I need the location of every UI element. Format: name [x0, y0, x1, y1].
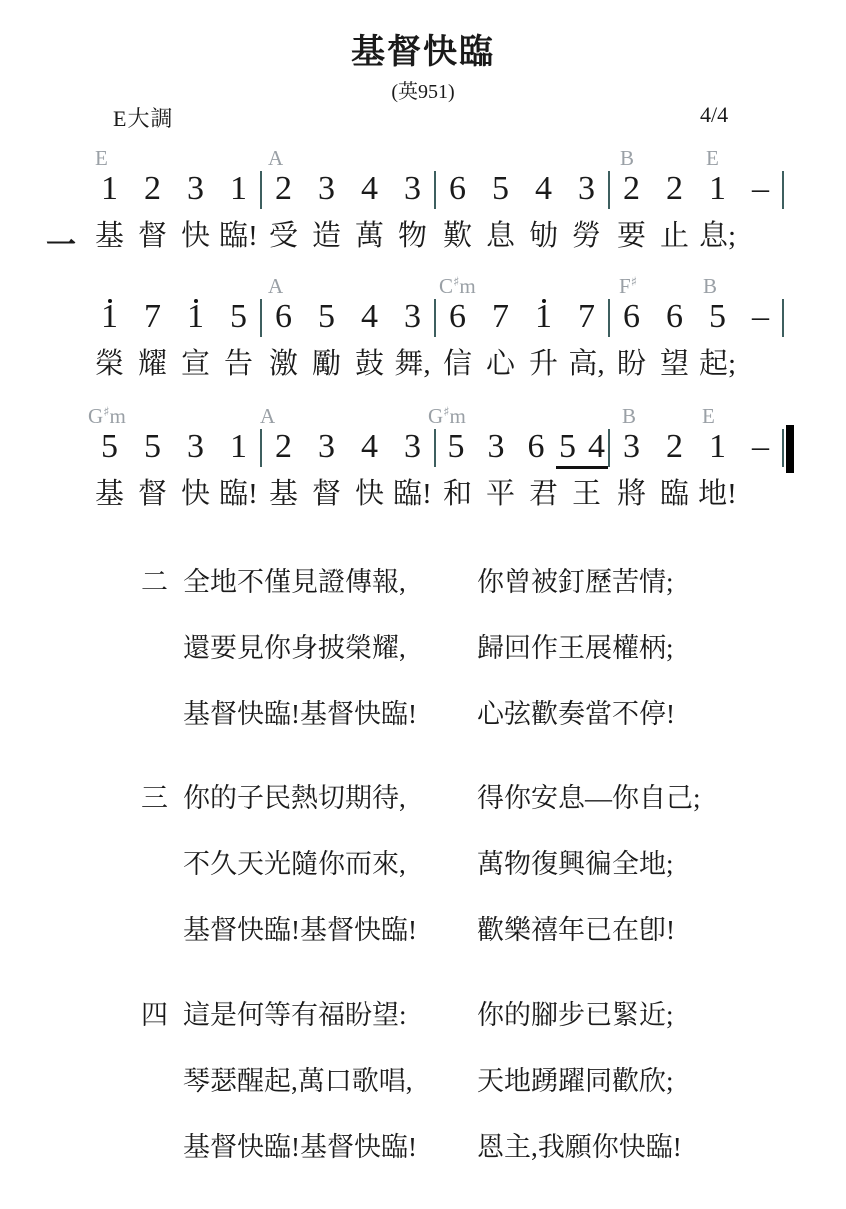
note: 3 — [305, 170, 348, 208]
verse-number: 三 — [141, 782, 168, 814]
note-digit: 1 — [709, 428, 726, 466]
note-digit: 2 — [666, 170, 683, 208]
note-digit: 2 — [623, 170, 640, 208]
lyric-syllable: 宣 — [174, 346, 217, 385]
note: 2 — [262, 428, 305, 466]
note: 2 — [653, 428, 696, 466]
lyric-syllable: 和 — [436, 476, 479, 515]
measure: 6717 — [436, 298, 608, 336]
note: 6 — [653, 298, 696, 336]
chord-row: AC♯mF♯B — [0, 274, 846, 298]
note-digit: 7 — [578, 298, 595, 336]
lyric-syllable: 耀 — [131, 346, 174, 385]
measure: 53654 — [436, 428, 608, 469]
note-digit: 3 — [404, 298, 421, 336]
chord-row: EABE — [0, 146, 846, 170]
lyric-syllable: 臨 — [653, 476, 696, 515]
lyric-syllable: 止 — [653, 218, 696, 257]
verse-text-right: 萬物復興徧全地; — [477, 848, 674, 880]
note: 1 — [696, 428, 739, 466]
sharp-icon: ♯ — [453, 275, 459, 290]
dash-rest: – — [752, 298, 769, 336]
note: 1 — [88, 170, 131, 208]
note: 7 — [131, 298, 174, 336]
note: 7 — [479, 298, 522, 336]
note: 6 — [436, 170, 479, 208]
lyric-syllable — [739, 218, 782, 257]
verse-number: 二 — [141, 566, 168, 598]
note: 6 — [262, 298, 305, 336]
lyric-syllable: 歎 — [436, 218, 479, 257]
note-digit: 6 — [528, 428, 545, 466]
verse-number: 一 — [46, 220, 76, 264]
lyric-syllable: 高, — [565, 346, 608, 385]
chord-label: E — [702, 404, 715, 429]
lyric-syllable: 臨! — [217, 476, 260, 515]
lyric-syllable: 起; — [696, 346, 739, 385]
note-digit: 5 — [230, 298, 247, 336]
note: 5 — [436, 428, 476, 469]
verse-text-left: 你的子民熱切期待, — [183, 782, 406, 814]
time-signature: 4/4 — [700, 102, 728, 128]
lyric-measure: 基督快臨! — [88, 476, 260, 515]
measure: 665– — [610, 298, 782, 336]
note: 1 — [217, 428, 260, 466]
chord-label: G♯m — [428, 404, 466, 429]
chord-label: E — [706, 146, 719, 171]
note: 4 — [522, 170, 565, 208]
barline-spacer — [782, 219, 784, 257]
lyric-syllable: 息 — [479, 218, 522, 257]
note-digit: 4 — [361, 298, 378, 336]
lyric-measure: 激勵鼓舞, — [262, 346, 434, 385]
lyric-row: 基督快臨!基督快臨!和平君王將臨地! — [88, 476, 784, 515]
lyric-syllable: 受 — [262, 218, 305, 257]
chord-label: A — [268, 274, 283, 299]
note-digit: 1 — [101, 298, 118, 336]
note-digit: 1 — [535, 298, 552, 336]
chord-label: E — [95, 146, 108, 171]
note-digit: 7 — [144, 298, 161, 336]
barline-spacer — [782, 347, 784, 385]
chord-label: C♯m — [439, 274, 476, 299]
lyric-measure: 基督快臨! — [88, 218, 260, 257]
note-digit: 5 — [101, 428, 118, 466]
note: 3 — [391, 170, 434, 208]
octave-dot-icon — [194, 299, 198, 303]
note: 5 — [131, 428, 174, 466]
note-digit: 1 — [709, 170, 726, 208]
note-digit: 1 — [101, 170, 118, 208]
note-digit: 3 — [404, 428, 421, 466]
note: 3 — [391, 298, 434, 336]
lyric-syllable: 告 — [217, 346, 260, 385]
lyric-syllable: 快 — [174, 218, 217, 257]
measure: 1715 — [88, 298, 260, 336]
lyric-syllable: 心 — [479, 346, 522, 385]
melody-row: 5531234353654321– — [88, 428, 784, 469]
dash-rest: – — [752, 428, 769, 466]
note-digit: 5 — [492, 170, 509, 208]
note: 5 — [696, 298, 739, 336]
note-digit: 3 — [187, 428, 204, 466]
chord-label: B — [622, 404, 636, 429]
lyric-syllable: 息; — [696, 218, 739, 257]
verse-text-right: 心弦歡奏當不停! — [477, 698, 675, 730]
lyric-syllable — [739, 476, 782, 515]
lyric-syllable: 盼 — [610, 346, 653, 385]
note: 7 — [565, 298, 608, 336]
note-digit: 4 — [588, 428, 605, 466]
note: 4 — [348, 428, 391, 466]
note-digit: 1 — [230, 170, 247, 208]
note: 3 — [565, 170, 608, 208]
lyric-syllable: 快 — [174, 476, 217, 515]
lyric-measure: 信心升高, — [436, 346, 608, 385]
barline — [782, 171, 784, 209]
note: 5 — [305, 298, 348, 336]
sharp-icon: ♯ — [631, 275, 637, 290]
note-digit: 5 — [448, 428, 465, 466]
verse-text-right: 你的腳步已緊近; — [477, 999, 674, 1031]
verse-text-left: 這是何等有福盼望: — [183, 999, 407, 1031]
measure: 2343 — [262, 428, 434, 466]
note-digit: 5 — [318, 298, 335, 336]
measure: 1231 — [88, 170, 260, 208]
lyric-measure: 榮耀宣告 — [88, 346, 260, 385]
lyric-syllable: 督 — [131, 218, 174, 257]
note: 2 — [653, 170, 696, 208]
chord-row: G♯mAG♯mBE — [0, 404, 846, 428]
note-digit: 6 — [275, 298, 292, 336]
note-digit: 2 — [275, 428, 292, 466]
note: 1 — [88, 298, 131, 336]
note: 6 — [516, 428, 556, 469]
measure: 321– — [610, 428, 782, 466]
lyric-syllable: 信 — [436, 346, 479, 385]
lyric-syllable: 升 — [522, 346, 565, 385]
measure: 2343 — [262, 170, 434, 208]
lyric-syllable: 鼓 — [348, 346, 391, 385]
lyric-measure: 基督快臨! — [262, 476, 434, 515]
key-signature: E大調 — [113, 102, 173, 133]
notation-system: G♯mAG♯mBE5531234353654321–基督快臨!基督快臨!和平君王… — [0, 404, 846, 526]
verse-text-left: 基督快臨!基督快臨! — [183, 914, 417, 946]
lyric-syllable: 基 — [88, 476, 131, 515]
octave-dot-icon — [542, 299, 546, 303]
note: 1 — [522, 298, 565, 336]
page-title: 基督快臨 — [0, 24, 846, 73]
note-digit: 5 — [144, 428, 161, 466]
note-digit: 3 — [187, 170, 204, 208]
chord-label: A — [268, 146, 283, 171]
barline — [782, 299, 784, 337]
melody-row: 171565436717665– — [88, 298, 784, 337]
note: 2 — [262, 170, 305, 208]
verse-text-right: 你曾被釘歷苦情; — [477, 566, 674, 598]
lyric-syllable: 造 — [305, 218, 348, 257]
sharp-icon: ♯ — [103, 405, 109, 420]
notation-system: EABE123123436543221–一基督快臨!受造萬物歎息劬勞要止息; — [0, 146, 846, 268]
note: 3 — [174, 428, 217, 466]
note: 4 — [348, 170, 391, 208]
note-digit: 4 — [361, 170, 378, 208]
note: 3 — [476, 428, 516, 469]
measure: 221– — [610, 170, 782, 208]
note-digit: 1 — [187, 298, 204, 336]
lyric-row: 榮耀宣告激勵鼓舞,信心升高,盼望起; — [88, 346, 784, 385]
note: 3 — [174, 170, 217, 208]
lyric-syllable: 勞 — [565, 218, 608, 257]
lyric-row: 基督快臨!受造萬物歎息劬勞要止息; — [88, 218, 784, 257]
verse-text-right: 歸回作王展權柄; — [477, 632, 674, 664]
note: – — [739, 298, 782, 336]
lyric-syllable — [739, 346, 782, 385]
lyric-syllable: 臨! — [391, 476, 434, 515]
lyric-measure: 歎息劬勞 — [436, 218, 608, 257]
note: 2 — [610, 170, 653, 208]
note-digit: 3 — [404, 170, 421, 208]
note: 5 — [479, 170, 522, 208]
lyric-syllable: 將 — [610, 476, 653, 515]
verse-text-left: 還要見你身披榮耀, — [183, 632, 406, 664]
lyric-syllable: 萬 — [348, 218, 391, 257]
final-barline — [782, 429, 784, 467]
lyric-syllable: 舞, — [391, 346, 434, 385]
note: 3 — [610, 428, 653, 466]
lyric-syllable: 激 — [262, 346, 305, 385]
note: 1 — [217, 170, 260, 208]
note-digit: 6 — [449, 170, 466, 208]
verse-text-left: 基督快臨!基督快臨! — [183, 1131, 417, 1163]
note-digit: 3 — [623, 428, 640, 466]
note-digit: 2 — [666, 428, 683, 466]
lyric-measure: 要止息; — [610, 218, 782, 257]
lyric-syllable: 平 — [479, 476, 522, 515]
chord-label: A — [260, 404, 275, 429]
melody-row: 123123436543221– — [88, 170, 784, 209]
lyric-syllable: 地! — [696, 476, 739, 515]
note-digit: 6 — [666, 298, 683, 336]
lyric-syllable: 榮 — [88, 346, 131, 385]
chord-label: B — [620, 146, 634, 171]
hymn-number: (英951) — [0, 75, 846, 104]
note-digit: 3 — [488, 428, 505, 466]
barline-spacer — [782, 477, 784, 515]
note: 1 — [174, 298, 217, 336]
measure: 6543 — [262, 298, 434, 336]
note: 4 — [348, 298, 391, 336]
note: 3 — [305, 428, 348, 466]
lyric-syllable: 物 — [391, 218, 434, 257]
note: 1 — [696, 170, 739, 208]
note: 3 — [391, 428, 434, 466]
measure: 5531 — [88, 428, 260, 466]
lyric-syllable: 督 — [305, 476, 348, 515]
lyric-syllable: 基 — [88, 218, 131, 257]
note-digit: 6 — [623, 298, 640, 336]
note: 6 — [436, 298, 479, 336]
beamed-note-pair: 54 — [556, 428, 608, 469]
lyric-measure: 和平君王 — [436, 476, 608, 515]
lyric-syllable: 臨! — [217, 218, 260, 257]
lyric-syllable: 君 — [522, 476, 565, 515]
note-digit: 5 — [709, 298, 726, 336]
lyric-measure: 盼望起; — [610, 346, 782, 385]
note-digit: 3 — [318, 428, 335, 466]
verse-text-left: 琴瑟醒起,萬口歌唱, — [183, 1065, 413, 1097]
verse-text-right: 天地踴躍同歡欣; — [477, 1065, 674, 1097]
chord-label: G♯m — [88, 404, 126, 429]
lyric-measure: 將臨地! — [610, 476, 782, 515]
note: 5 — [217, 298, 260, 336]
note-digit: 7 — [492, 298, 509, 336]
note: 6 — [610, 298, 653, 336]
final-barline-thick — [786, 425, 794, 473]
note: 2 — [131, 170, 174, 208]
verse-text-left: 全地不僅見證傳報, — [183, 566, 406, 598]
verse-text-right: 恩主,我願你快臨! — [477, 1131, 682, 1163]
lyric-syllable: 勵 — [305, 346, 348, 385]
notation-system: AC♯mF♯B171565436717665–榮耀宣告激勵鼓舞,信心升高,盼望起… — [0, 274, 846, 396]
verse-text-right: 歡樂禧年已在卽! — [477, 914, 675, 946]
note: – — [739, 428, 782, 466]
verse-text-right: 得你安息—你自己; — [477, 782, 701, 814]
dash-rest: – — [752, 170, 769, 208]
lyric-syllable: 督 — [131, 476, 174, 515]
note: – — [739, 170, 782, 208]
note-digit: 1 — [230, 428, 247, 466]
note-digit: 6 — [449, 298, 466, 336]
verse-number: 四 — [141, 999, 168, 1031]
lyric-syllable: 望 — [653, 346, 696, 385]
note-digit: 5 — [559, 428, 576, 466]
note: 54 — [556, 428, 608, 469]
lyric-syllable: 王 — [565, 476, 608, 515]
note-digit: 3 — [318, 170, 335, 208]
chord-label: B — [703, 274, 717, 299]
octave-dot-icon — [108, 299, 112, 303]
note-digit: 2 — [275, 170, 292, 208]
note-digit: 2 — [144, 170, 161, 208]
measure: 6543 — [436, 170, 608, 208]
hymn-sheet-page: 基督快臨 (英951) E大調 4/4 EABE123123436543221–… — [0, 0, 846, 1209]
lyric-syllable: 快 — [348, 476, 391, 515]
note-digit: 3 — [578, 170, 595, 208]
chord-label: F♯ — [619, 274, 637, 299]
lyric-measure: 受造萬物 — [262, 218, 434, 257]
verse-text-left: 不久天光隨你而來, — [183, 848, 406, 880]
note-digit: 4 — [535, 170, 552, 208]
lyric-syllable: 劬 — [522, 218, 565, 257]
sharp-icon: ♯ — [443, 405, 449, 420]
lyric-syllable: 基 — [262, 476, 305, 515]
lyric-syllable: 要 — [610, 218, 653, 257]
note-digit: 4 — [361, 428, 378, 466]
verse-text-left: 基督快臨!基督快臨! — [183, 698, 417, 730]
note: 5 — [88, 428, 131, 466]
